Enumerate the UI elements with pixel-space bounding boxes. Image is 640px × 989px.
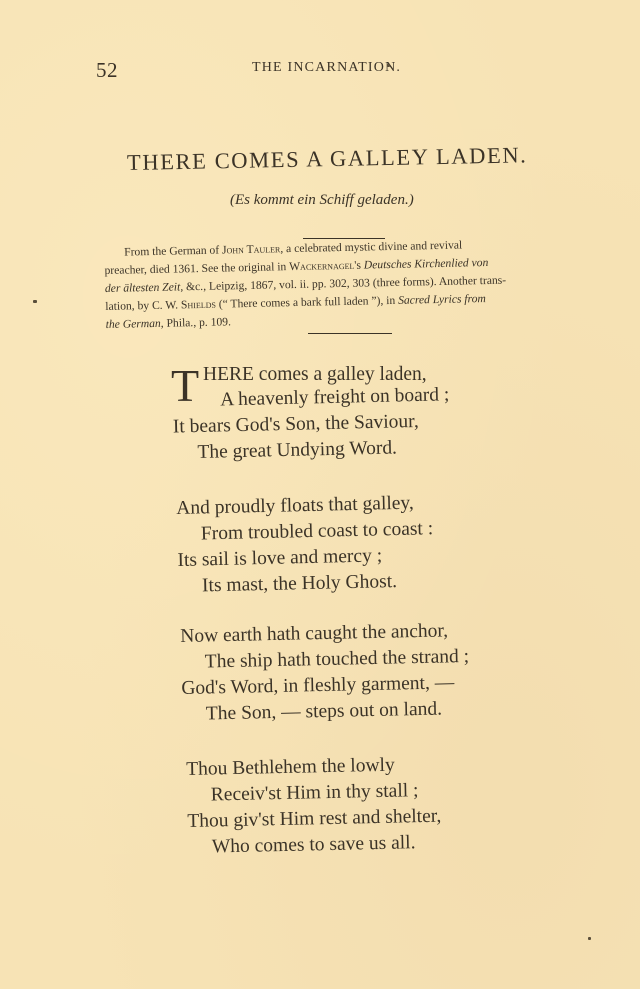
stanza-1-cont: A heavenly freight on board ; It bears G… [196,382,451,466]
note-text: the German [106,317,161,331]
note-text: preacher, died 1361. See the original in [104,260,289,277]
scan-speck [33,300,37,303]
note-text: , Phila., p. 109. [161,315,231,329]
verse-line: The great Undying Word. [197,434,451,466]
stanza-4: Thou Bethlehem the lowly Receiv'st Him i… [186,752,442,861]
drop-cap: T [171,363,199,409]
note-text: der ältesten Zeit [105,280,181,295]
stanza-2: And proudly floats that galley, From tro… [176,490,435,600]
divider-rule-bottom [308,333,392,334]
note-text: Shields [181,298,216,312]
verse-line: Who comes to save us all. [188,830,443,861]
scan-speck [588,937,591,940]
book-page: 52 THE INCARNATION. THERE COMES A GALLEY… [0,0,640,989]
note-text: Sacred Lyrics from [398,292,486,307]
verse-line: The Son, — steps out on land. [182,696,471,728]
note-text: Wackernagel [289,259,354,273]
page-number: 52 [96,58,118,83]
source-note: From the German of John Tauler, a celebr… [104,234,606,334]
running-head: THE INCARNATION. [252,60,401,76]
note-text: (“ There comes a bark full laden ”), in [216,294,399,311]
hymn-subtitle: (Es kommt ein Schiff geladen.) [230,192,414,209]
verse-line: Its mast, the Holy Ghost. [178,568,435,600]
note-text: lation, by C. W. [105,298,181,313]
note-text: , a celebrated mystic divine and revival [280,239,462,256]
note-text: From the German of [124,244,222,259]
note-text: John Tauler [222,242,281,256]
note-text: Deutsches Kirchenlied von [364,256,489,272]
hymn-title: THERE COMES A GALLEY LADEN. [127,142,528,176]
stanza-3: Now earth hath caught the anchor, The sh… [180,618,470,728]
scan-speck [387,64,390,67]
